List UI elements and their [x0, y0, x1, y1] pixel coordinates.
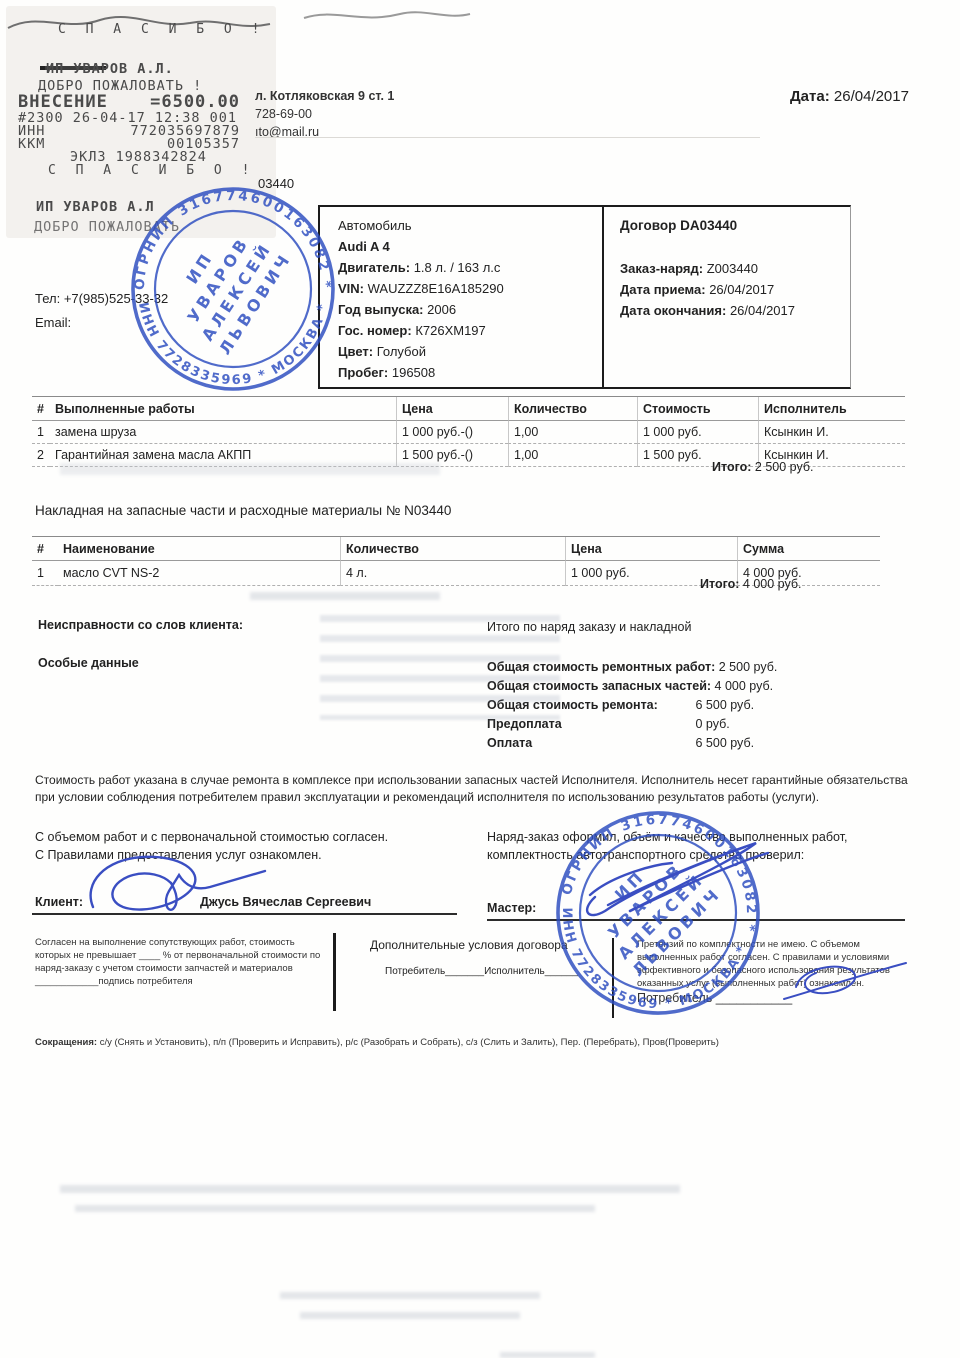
bleed-through-artifact [320, 615, 560, 720]
date-value: 26/04/2017 [834, 88, 909, 105]
parts-col-header: Цена [565, 537, 737, 561]
company-phone: 728-69-00 [255, 105, 394, 123]
contract-row: Заказ-наряд: Z003440 [620, 258, 850, 279]
receipt-org-name: ИП УВАРОВ А.Л. [46, 61, 174, 77]
receipt-thanks-bottom: С П А С И Б О ! [48, 163, 255, 178]
works-total: Итого: 2 500 руб. [712, 460, 814, 474]
vehicle-row: Пробег: 196508 [338, 362, 602, 383]
document-date: Дата: 26/04/2017 [790, 88, 909, 105]
parts-cell: масло CVT NS-2 [58, 561, 340, 586]
master-signature-label: Мастер: [487, 901, 536, 915]
scanned-work-order-document: С П А С И Б О ! ИП УВАРОВ А.Л. ДОБРО ПОЖ… [0, 0, 960, 1358]
letterhead-divider [255, 137, 760, 138]
parts-col-header: Наименование [58, 537, 340, 561]
divider [333, 933, 336, 1011]
vehicle-row: Цвет: Голубой [338, 341, 602, 362]
vehicle-row: Гос. номер: К726ХМ197 [338, 320, 602, 341]
parts-col-header: # [32, 537, 58, 561]
works-table: # Выполненные работы Цена Количество Сто… [32, 396, 905, 467]
bleed-through-line [60, 1185, 680, 1193]
vehicle-title: Автомобиль [338, 215, 602, 236]
works-cell: 1,00 [508, 444, 637, 467]
scan-smudge [60, 463, 440, 475]
parts-col-header: Сумма [737, 537, 880, 561]
vehicle-row: VIN: WAUZZZ8E16A185290 [338, 278, 602, 299]
letterhead-address-block: л. Котляковская 9 ст. 1 728-69-00 ıto@ma… [255, 87, 394, 141]
receipt-amount: =6500.00 [150, 92, 240, 112]
contract-row: Дата окончания: 26/04/2017 [620, 300, 850, 321]
vehicle-row: Двигатель: 1.8 л. / 163 л.с [338, 257, 602, 278]
works-cell: 1 000 руб.-() [396, 421, 508, 444]
additional-terms-title: Дополнительные условия договора [370, 938, 568, 952]
receipt-kkm-label: ККМ [18, 136, 45, 152]
totals-row: Оплата 6 500 руб. [487, 736, 777, 751]
contract-row: Дата приема: 26/04/2017 [620, 279, 850, 300]
parts-col-header: Количество [340, 537, 565, 561]
works-cell: замена шруза [50, 421, 396, 444]
company-address: л. Котляковская 9 ст. 1 [255, 87, 394, 105]
works-cell: 2 [32, 444, 50, 467]
client-email-label: Email: [35, 312, 71, 333]
works-cell: 1 000 руб. [637, 421, 758, 444]
master-handwritten-signature [560, 825, 810, 945]
warranty-terms-paragraph: Стоимость работ указана в случае ремонта… [35, 772, 923, 806]
date-label: Дата: [790, 88, 830, 105]
works-cell: Ксынкин И. [758, 421, 905, 444]
consumer-handwritten-scrawl [778, 955, 918, 1010]
works-col-header: Выполненные работы [50, 397, 396, 421]
info-boxes: Автомобиль Audi A 4 Двигатель: 1.8 л. / … [318, 205, 851, 389]
abbreviations-line: Сокращения: с/у (Снять и Установить), п/… [35, 1036, 735, 1049]
vehicle-box: Автомобиль Audi A 4 Двигатель: 1.8 л. / … [320, 207, 604, 387]
parts-cell: 1 [32, 561, 58, 586]
contract-title: Договор DA03440 [620, 215, 850, 236]
scan-smudge [250, 592, 440, 600]
parts-invoice-title: Накладная на запасные части и расходные … [35, 503, 451, 518]
works-col-header: # [32, 397, 50, 421]
works-col-header: Цена [396, 397, 508, 421]
bleed-through-line [300, 1312, 520, 1319]
receipt-deposit-row: ВНЕСЕНИЕ =6500.00 [18, 92, 240, 112]
receipt-operation: ВНЕСЕНИЕ [18, 92, 108, 112]
round-stamp-top: ОГРНИП 316774600163082 * ИНН 7728335969 … [127, 183, 339, 395]
bleed-through-line [500, 1352, 595, 1358]
bleed-through-line [75, 1205, 595, 1212]
client-handwritten-signature [75, 845, 275, 930]
works-col-header: Количество [508, 397, 637, 421]
vehicle-model: Audi A 4 [338, 236, 602, 257]
contract-box: Договор DA03440 Заказ-наряд: Z003440 Дат… [604, 207, 850, 387]
receipt-thanks-top: С П А С И Б О ! [58, 22, 265, 37]
works-col-header: Стоимость [637, 397, 758, 421]
parts-cell: 4 л. [340, 561, 565, 586]
client-faults-label: Неисправности со слов клиента: [38, 618, 243, 632]
related-works-consent: Согласен на выполнение сопутствующих раб… [35, 936, 327, 988]
works-cell: 1 [32, 421, 50, 444]
special-data-label: Особые данные [38, 656, 139, 670]
parts-total: Итого: 4 000 руб. [700, 577, 802, 591]
bleed-through-line [280, 1292, 540, 1299]
vehicle-row: Год выпуска: 2006 [338, 299, 602, 320]
works-col-header: Исполнитель [758, 397, 905, 421]
company-email: ıto@mail.ru [255, 123, 394, 141]
works-cell: 1,00 [508, 421, 637, 444]
